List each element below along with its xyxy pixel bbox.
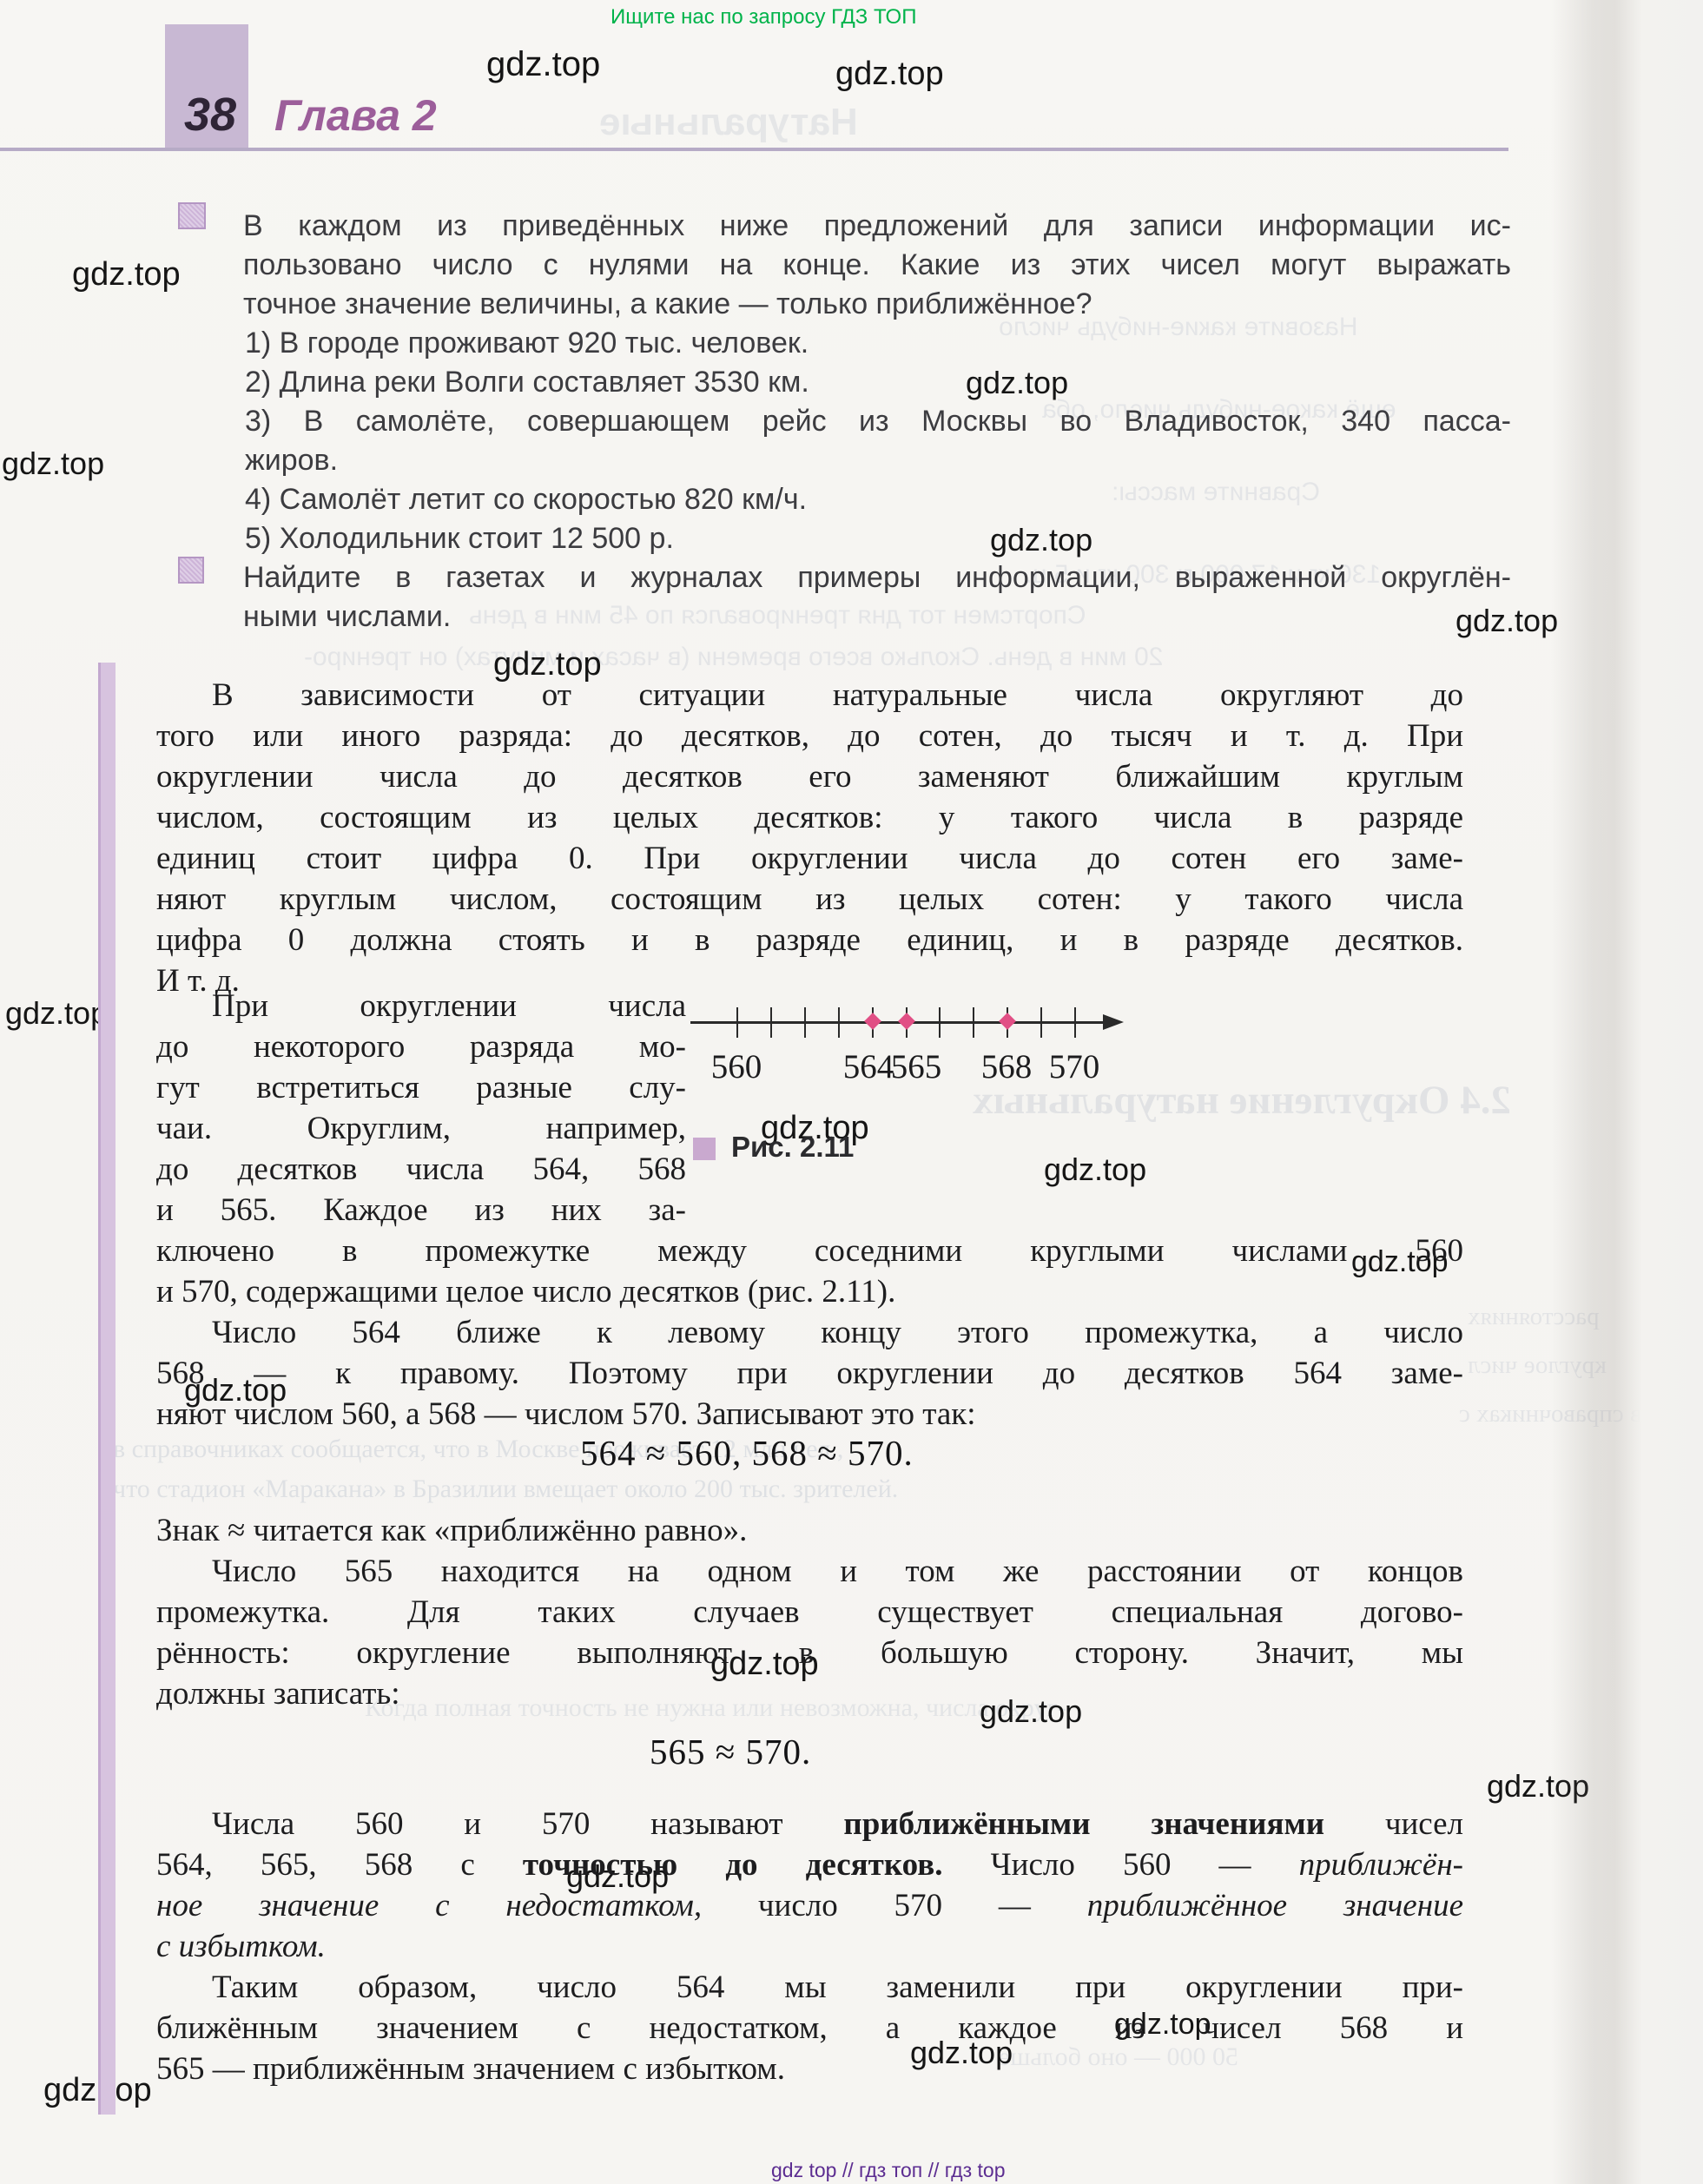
text-line: няют числом 560, а 568 — числом 570. Зап… (156, 1395, 976, 1435)
watermark: gdz.top (1455, 603, 1558, 639)
figure-caption-bullet-icon (693, 1138, 716, 1160)
tick-mark (736, 1007, 738, 1038)
text-line: Таким образом, число 564 мы заменили при… (212, 1968, 1463, 2008)
bleedthrough-text: 20 мин в день. Сколько всего времени (в … (304, 643, 1163, 672)
watermark: gdz.top (990, 522, 1092, 558)
bleedthrough-text: Сравните массы: (1112, 478, 1320, 507)
tick-mark (1040, 1007, 1042, 1038)
formula: 565 ≈ 570. (650, 1732, 811, 1772)
text-line: числом, состоящим из целых десятков: у т… (156, 798, 1463, 838)
theory-accent-bar (98, 663, 116, 2115)
text-line: В каждом из приведённых ниже предложений… (243, 207, 1511, 245)
text-line: и 570, содержащими целое число десятков … (156, 1272, 895, 1312)
list-item: жиров. (245, 441, 338, 479)
text-line: до некоторого разряда мо- (156, 1027, 686, 1067)
watermark: gdz.top (1044, 1151, 1146, 1188)
text-line: округлении числа до десятков его заменяю… (156, 757, 1463, 797)
marked-point-icon (898, 1013, 915, 1030)
tick-mark (939, 1007, 941, 1038)
list-item: 5) Холодильник стоит 12 500 р. (245, 519, 674, 558)
axis-label: 570 (1049, 1047, 1100, 1086)
chapter-title: Глава 2 (274, 90, 437, 141)
text-line: В зависимости от ситуации натуральные чи… (212, 676, 1463, 716)
axis-label: 564 (843, 1047, 894, 1086)
text-line: цифра 0 должна стоять и в разряде единиц… (156, 920, 1463, 960)
tick-mark (804, 1007, 806, 1038)
footer-watermark: gdz top // гдз топ // гдз top (771, 2159, 1006, 2182)
text-line: промежутка. Для таких случаев существует… (156, 1593, 1463, 1633)
bleedthrough-text: Когда полная точность не нужна или невоз… (365, 1693, 1066, 1723)
text-line: ными числами. (243, 597, 451, 636)
text-line: Найдите в газетах и журналах примеры инф… (243, 558, 1511, 597)
text-line: Знак ≈ читается как «приближённо равно». (156, 1511, 747, 1551)
text-line: точное значение величины, а какие — толь… (243, 285, 1092, 323)
bleedthrough-text: Натуральные (599, 101, 858, 144)
text-line: рённость: округление выполняют в большую… (156, 1633, 1463, 1673)
text-line: единиц стоит цифра 0. При округлении чис… (156, 839, 1463, 879)
text-line: няют круглым числом, состоящим из целых … (156, 880, 1463, 920)
watermark: gdz.top (980, 1693, 1082, 1730)
axis-label: 568 (981, 1047, 1033, 1086)
text-line: Число 564 ближе к левому концу этого про… (212, 1313, 1463, 1353)
tick-mark (1074, 1007, 1076, 1038)
text-line: 568 — к правому. Поэтому при округлении … (156, 1354, 1463, 1394)
list-item: 2) Длина реки Волги составляет 3530 км. (245, 363, 809, 401)
text-line: 565 — приближённым значением с избытком. (156, 2049, 785, 2089)
tick-mark (770, 1007, 772, 1038)
list-item: 1) В городе проживают 920 тыс. человек. (245, 324, 809, 362)
axis-label: 560 (711, 1047, 762, 1086)
text-line: до десятков числа 564, 568 (156, 1150, 686, 1190)
watermark: gdz.top (72, 256, 181, 294)
text-line: ближённым значением с недостатком, а каж… (156, 2009, 1463, 2049)
figure-caption: Рис. 2.11 (731, 1131, 854, 1164)
text-line: Число 565 находится на одном и том же ра… (212, 1552, 1463, 1592)
text-line: При округлении числа (212, 986, 686, 1026)
marked-point-icon (999, 1013, 1016, 1030)
tick-mark (838, 1007, 840, 1038)
text-line: ключено в промежутке между соседними кру… (156, 1231, 1463, 1271)
watermark: gdz.top (2, 445, 104, 482)
page-edge-shadow (1551, 0, 1703, 2184)
watermark: gdz.top (486, 45, 600, 84)
scanned-textbook-page: Натуральные Назовите какие-нибудь число … (0, 0, 1703, 2184)
text-line: того или иного разряда: до десятков, до … (156, 716, 1463, 756)
watermark: gdz.top (5, 995, 108, 1032)
text-line: пользовано число с нулями на конце. Каки… (243, 246, 1511, 284)
page-number: 38 (172, 89, 248, 141)
marked-point-icon (864, 1013, 881, 1030)
formula: 564 ≈ 560, 568 ≈ 570. (580, 1433, 914, 1473)
bleedthrough-text: что стадион «Маракана» в Бразилии вмещае… (113, 1475, 898, 1504)
text-line: Числа 560 и 570 называют приближёнными з… (212, 1805, 1463, 1844)
text-line: 564, 565, 568 с точностью до десятков. Ч… (156, 1845, 1463, 1885)
exercise-bullet-icon (178, 202, 206, 229)
watermark: gdz.top (835, 56, 944, 93)
text-line: ное значение с недостатком, число 570 — … (156, 1886, 1463, 1926)
list-item: 3) В самолёте, совершающем рейс из Москв… (245, 402, 1511, 440)
list-item: 4) Самолёт летит со скоростью 820 км/ч. (245, 480, 807, 518)
bleedthrough-text: Спортсмен тот дня тренировался по 45 мин… (469, 601, 1086, 630)
tick-mark (973, 1007, 974, 1038)
text-line: чаи. Округлим, например, (156, 1109, 686, 1149)
text-line: и 565. Каждое из них за- (156, 1191, 686, 1231)
header-divider (0, 148, 1508, 151)
text-line: должны записать: (156, 1674, 400, 1714)
text-line: гут встретиться разные слу- (156, 1068, 686, 1108)
axis-label: 565 (891, 1047, 942, 1086)
axis-arrow-icon (1103, 1014, 1124, 1030)
text-line: с избытком. (156, 1927, 326, 1967)
search-hint-text: Ищите нас по запросу ГДЗ ТОП (611, 5, 916, 30)
watermark: gdz.top (966, 365, 1068, 401)
exercise-bullet-icon (178, 557, 204, 584)
